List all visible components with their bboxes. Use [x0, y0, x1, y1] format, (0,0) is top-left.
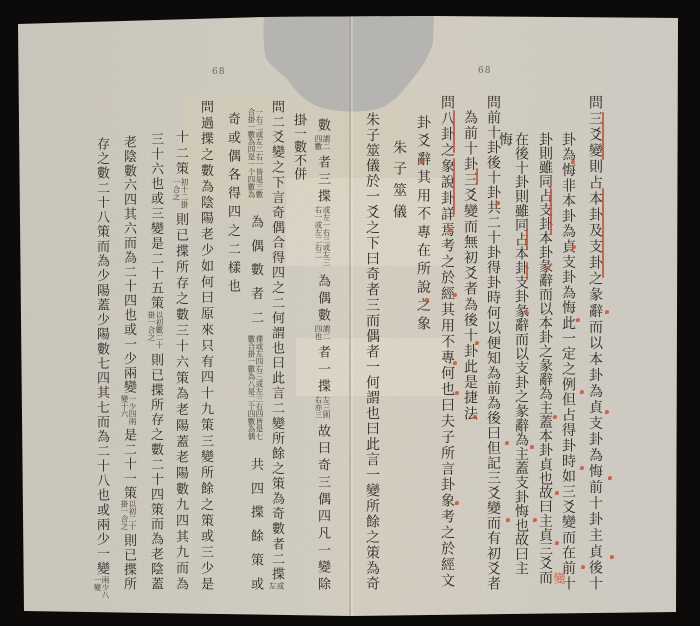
text-column: 卦為悔非本卦為貞支卦為悔此一定之例但占得卦時如三爻變而在前十: [560, 132, 576, 590]
red-punctuation-dot: [555, 541, 559, 545]
main-text: 為偶數: [315, 270, 330, 325]
red-punctuation-dot: [496, 201, 500, 205]
red-punctuation-dot: [571, 160, 575, 164]
main-text: 十二策: [173, 130, 188, 178]
red-punctuation-dot: [455, 501, 459, 505]
text-column: 為前十卦三爻變而無初爻者為後十卦此是捷法: [462, 110, 478, 420]
red-punctuation-dot: [533, 518, 537, 522]
red-punctuation-dot: [455, 391, 459, 395]
red-punctuation-dot: [581, 565, 585, 569]
red-punctuation-dot: [530, 445, 534, 449]
red-punctuation-dot: [453, 293, 457, 297]
right-page-number: 68: [478, 66, 491, 76]
red-punctuation-dot: [608, 476, 612, 480]
red-punctuation-dot: [453, 361, 457, 365]
red-correction-glyph: 變: [551, 572, 568, 584]
interlinear-note: 以初數二十掛一合之: [147, 311, 163, 351]
main-text: 奇或偶各得四之二樣也: [225, 112, 240, 292]
red-punctuation-dot: [546, 266, 550, 270]
main-text: 者三揲: [315, 151, 330, 206]
red-punctuation-dot: [605, 410, 609, 414]
red-punctuation-dot: [576, 318, 580, 322]
red-punctuation-dot: [525, 311, 529, 315]
text-column: 老陰數六四其六而為二十四也或一少兩變一少四兩變十六是二十一策以初二十掛一合之則已…: [120, 135, 136, 590]
main-text: 者一揲: [315, 341, 330, 396]
main-text: 三十六也或三變是二十五策: [148, 132, 163, 311]
main-text: 則已揲所存之數三十六策為老陽蓋老陽數九四其九而為: [173, 210, 188, 590]
main-text: 問過揲之數為陰陽老少如何曰原來只有四十九策三變所餘之策或三少是: [198, 100, 213, 590]
interlinear-note: 或左一右三或左三右一或左二右二: [314, 206, 330, 270]
text-column: 奇或偶各得四之二樣也: [224, 112, 240, 292]
interlinear-note: 謂二四數: [314, 135, 330, 151]
text-column: 三十六也或三變是二十五策以初數二十掛一合之則已揲所存之數二十四策而為老陰蓋: [147, 132, 163, 590]
interlinear-note: 揲或左四右三或左三右四皆是七數合掛一數為八是二个四數為偶: [247, 335, 263, 447]
interlinear-note: 謂二四也: [314, 325, 330, 341]
red-proper-name-line: [476, 168, 478, 185]
main-text: 則已揲所: [121, 532, 136, 590]
interlinear-note: 一少四兩變十六: [120, 395, 136, 427]
text-column: 存之數二十八策而為少陽蓋少陽數七四其七而為二十八也或兩少一變兩少八一變: [93, 137, 109, 600]
text-column: 掛一數不併: [290, 113, 306, 180]
text-column: 一右二或左二右一皆是三數合掛一數為四是一个四數為奇為偶數者二揲或左四右三或左三右…: [247, 108, 263, 590]
interlinear-note: 以初二十掛一合之: [120, 500, 136, 532]
main-text: 為偶數者二: [248, 204, 263, 335]
text-column: 問三爻變則占本卦及支卦之彖辭而以本卦為貞支卦為悔前十卦主貞後十: [587, 95, 603, 590]
red-punctuation-dot: [425, 298, 429, 302]
text-column: 卦爻辭其用不專在所說之象: [415, 115, 431, 330]
red-proper-name-line: [602, 188, 604, 278]
red-proper-name-line: [453, 158, 455, 215]
left-page-number: 68: [212, 67, 225, 77]
main-text: 問二爻變之下言奇偶合得四之二何謂也曰此言二變所餘之策為奇數者二揲: [269, 100, 284, 582]
text-column: 問過揲之數為陰陽老少如何曰原來只有四十九策三變所餘之策或三少是: [197, 100, 213, 590]
text-column: 問前十卦後十卦共二十卦得卦時何以便知為前為後曰但記三爻變而有初爻者: [485, 95, 501, 590]
red-punctuation-dot: [505, 441, 509, 445]
interlinear-note: 或左: [268, 582, 284, 590]
red-punctuation-dot: [475, 341, 479, 345]
red-proper-name-line: [526, 228, 528, 250]
red-punctuation-dot: [610, 555, 614, 559]
main-text: 是二十一策: [121, 427, 136, 501]
main-text: 存之數二十八策而為少陽蓋少陽數七四其七而為二十八也或兩少一變: [94, 137, 109, 576]
red-punctuation-dot: [572, 245, 576, 249]
red-proper-name-line: [453, 110, 455, 153]
red-punctuation-dot: [420, 160, 424, 164]
text-column: 在後十卦則雖同占本卦支卦彖辭而以支卦之彖辭為主蓋支卦悔也故曰主悔: [513, 132, 529, 575]
interlinear-note: 左三則右亦三: [314, 396, 330, 420]
interlinear-note: 初十二掛一合之: [172, 178, 188, 210]
red-proper-name-line: [602, 112, 604, 160]
red-punctuation-dot: [555, 491, 559, 495]
manuscript-spread: 68 68 問三爻變則占本卦及支卦之彖辭而以本卦為貞支卦為悔前十卦主貞後十 卦為…: [0, 0, 700, 626]
red-punctuation-dot: [448, 228, 452, 232]
main-text: 老陰數六四其六而為二十四也或一少兩變: [121, 135, 136, 395]
text-column: 朱子筮儀於一爻之下曰奇者三而偶者一何謂也曰此言一變所餘之策為奇: [364, 112, 380, 590]
red-punctuation-dot: [605, 310, 609, 314]
red-punctuation-dot: [580, 466, 584, 470]
red-punctuation-dot: [553, 415, 557, 419]
red-punctuation-dot: [473, 415, 477, 419]
interlinear-note: 兩少八一變: [93, 576, 109, 600]
main-text: 故曰奇三偶四凡一變除: [315, 420, 330, 590]
section-title: 朱子筮儀: [391, 140, 407, 218]
text-column: 問二爻變之下言奇偶合得四之二何謂也曰此言二變所餘之策為奇數者二揲或左: [268, 100, 284, 590]
red-punctuation-dot: [506, 518, 510, 522]
main-text: 共四揲餘策或: [248, 447, 263, 591]
red-proper-name-line: [526, 262, 528, 280]
text-column: 數謂二四數者三揲或左一右三或左三右一或左二右二為偶數謂二四也者一揲左三則右亦三故…: [314, 118, 330, 590]
main-text: 數: [315, 118, 330, 135]
main-text: 則已揲所存之數二十四策而為老陰蓋: [148, 351, 163, 590]
main-text: 掛一數不併: [291, 113, 306, 180]
text-column: 十二策初十二掛一合之則已揲所存之數三十六策為老陽蓋老陽數九四其九而為: [172, 130, 188, 590]
red-punctuation-dot: [580, 390, 584, 394]
red-proper-name-line: [550, 188, 552, 234]
interlinear-note: 一右二或左二右一皆是三數合掛一數為四是一个四數為奇: [247, 108, 263, 204]
